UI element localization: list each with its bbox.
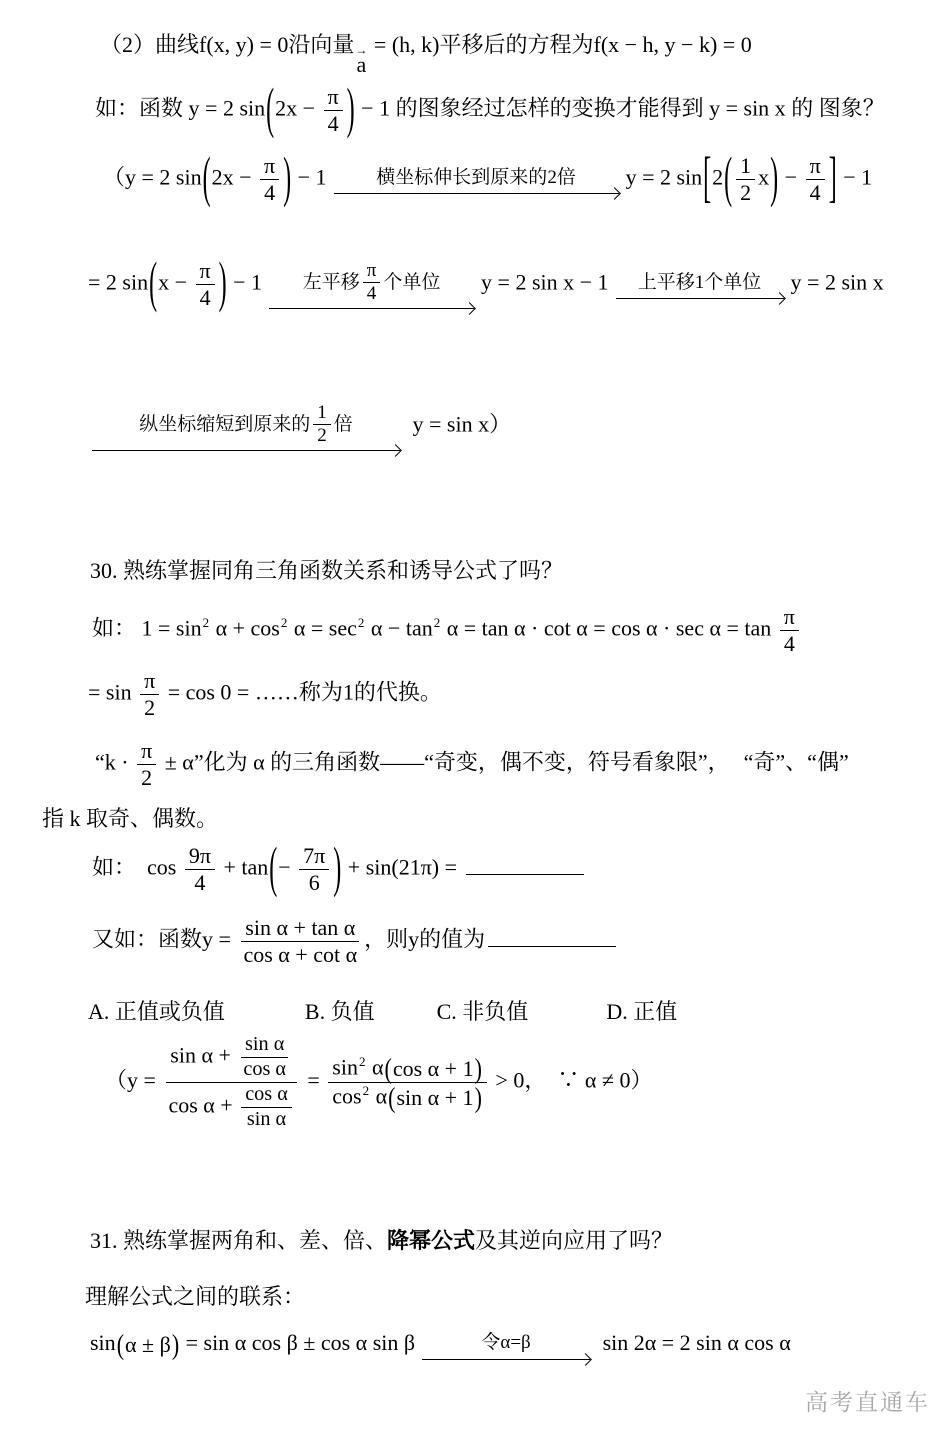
math-text: 2 bbox=[740, 180, 751, 205]
math-text: 7π bbox=[303, 843, 325, 868]
math-text: α − tan bbox=[365, 616, 432, 641]
math-text: 1 bbox=[317, 402, 327, 423]
math-text: 4 bbox=[810, 180, 821, 205]
cn-text: 的三角函数——“奇变，偶不变，符号看象限”， bbox=[270, 750, 730, 775]
close-delimiter: ] bbox=[828, 151, 838, 207]
math-text: − bbox=[278, 855, 296, 880]
formula-identity-chain: 如： 1 = sin2 α + cos2 α = sec2 α − tan2 α… bbox=[92, 604, 802, 657]
close-delimiter: ) bbox=[218, 256, 228, 312]
denominator: 2 bbox=[140, 695, 159, 721]
cn-text: 左平移 bbox=[303, 270, 360, 297]
math-text: − bbox=[779, 165, 802, 190]
math-text: 9π bbox=[189, 843, 211, 868]
cn-text: 个单位 bbox=[383, 270, 440, 297]
label-item-2: （2）曲线 bbox=[100, 32, 199, 57]
open-delimiter: ( bbox=[268, 841, 278, 897]
denominator: cos α bbox=[239, 1058, 290, 1082]
math-text: C. bbox=[437, 999, 463, 1024]
arrow-label: 纵坐标缩短到原来的12倍 bbox=[129, 402, 363, 448]
math-text: cos α + 1 bbox=[393, 1056, 474, 1081]
cn-text: 指 bbox=[42, 806, 64, 831]
numerator: π bbox=[363, 260, 381, 283]
math-text: = sin α cos β ± cos α sin β bbox=[180, 1330, 415, 1355]
math-text: = cos 0 = bbox=[162, 680, 255, 705]
cn-text: “奇”、“偶” bbox=[744, 750, 849, 775]
label-example: 如： bbox=[92, 616, 136, 641]
label-example: 如： bbox=[92, 855, 136, 880]
para-curve-vector-translation: （2）曲线f(x, y) = 0沿向量→a = (h, k)平移后的方程为f(x… bbox=[100, 30, 752, 73]
open-delimiter: ( bbox=[202, 151, 212, 207]
numerator: sin α + tan α bbox=[241, 915, 359, 942]
math-text: sin 2α = 2 sin α cos α bbox=[597, 1330, 791, 1355]
formula-transform-step1: （y = 2 sin(2x − π4) − 1横坐标伸长到原来的2倍y = 2 … bbox=[103, 153, 872, 206]
math-text: π bbox=[784, 604, 795, 629]
numerator: π bbox=[140, 668, 159, 695]
heading-item-30: 30. 熟练掌握同角三角函数关系和诱导公式了吗？ bbox=[90, 556, 563, 587]
math-text: 4 bbox=[194, 870, 205, 895]
fenced-group: (x − π4) bbox=[148, 258, 228, 311]
denominator: 4 bbox=[260, 180, 279, 206]
close-delimiter: ) bbox=[332, 841, 342, 897]
math-text: sin bbox=[90, 1330, 116, 1355]
close-delimiter: ) bbox=[474, 1054, 483, 1083]
denominator: cos α + cot α bbox=[239, 942, 361, 968]
arrow-label: 横坐标伸长到原来的2倍 bbox=[366, 165, 586, 192]
math-text: f(x − h, y − k) = 0 bbox=[594, 32, 752, 57]
math-text: ± α bbox=[159, 750, 194, 775]
numerator: 1 bbox=[736, 153, 755, 180]
numerator: 7π bbox=[299, 843, 329, 870]
fence-inner: x − π4 bbox=[158, 258, 218, 311]
math-text: α + cos bbox=[210, 616, 280, 641]
math-text: π bbox=[141, 738, 152, 763]
math-text: y = sin x bbox=[704, 96, 792, 121]
numerator: π bbox=[137, 738, 156, 765]
fraction: π4 bbox=[363, 260, 381, 306]
numerator: sin α + sin αcos α bbox=[166, 1033, 297, 1083]
cn-text: 倍 bbox=[557, 165, 576, 192]
math-text: 1 bbox=[740, 153, 751, 178]
cn-text: （ bbox=[103, 165, 125, 190]
vector-letter: a bbox=[357, 56, 367, 74]
formula-sin-sum-to-double-angle: sin(α ± β) = sin α cos β ± cos α sin β令α… bbox=[90, 1328, 791, 1360]
open-delimiter: ( bbox=[116, 1331, 125, 1360]
cn-text: 函数 bbox=[158, 927, 202, 952]
math-text: y = 2 sin x bbox=[791, 270, 884, 295]
denominator: 4 bbox=[806, 180, 825, 206]
fraction: sin αcos α bbox=[239, 1033, 290, 1082]
cn-text: 取奇、偶数。 bbox=[86, 806, 218, 831]
math-text: 1 = sin bbox=[136, 616, 202, 641]
label-another-example: 又如： bbox=[92, 927, 158, 952]
math-text: α = sec bbox=[288, 616, 357, 641]
math-text: sin α + 1 bbox=[396, 1085, 473, 1110]
fenced-group: (− 7π6) bbox=[268, 843, 342, 896]
fence-inner: 2x − π4 bbox=[212, 153, 283, 206]
denominator: 6 bbox=[305, 870, 324, 896]
heading-item-31: 31. 熟练掌握两角和、差、倍、降幂公式及其逆向应用了吗？ bbox=[90, 1226, 673, 1257]
denominator: cos2 α(sin α + 1) bbox=[328, 1083, 487, 1111]
cn-text: 的值为 bbox=[419, 927, 485, 952]
fence-inner: 2x − π4 bbox=[275, 84, 346, 137]
superscript: 2 bbox=[359, 1054, 366, 1069]
denominator: cos α + cos αsin α bbox=[164, 1083, 298, 1132]
math-text: 4 bbox=[784, 631, 795, 656]
math-text: y = 2 sin x − 1 bbox=[481, 270, 609, 295]
math-text: B. bbox=[305, 999, 331, 1024]
arrow-label: 上平移1个单位 bbox=[628, 270, 772, 297]
math-text: 2x − bbox=[275, 96, 320, 121]
math-text: − 1 bbox=[838, 165, 872, 190]
formula-identity-continued: = sin π2 = cos 0 = ……称为1的代换。 bbox=[88, 668, 442, 721]
math-text: cos α bbox=[245, 1083, 288, 1105]
arrow-shaft-icon bbox=[269, 308, 474, 309]
fraction: π4 bbox=[196, 258, 215, 311]
denominator: 4 bbox=[190, 870, 209, 896]
math-text: D. bbox=[606, 999, 633, 1024]
math-text: 2 bbox=[141, 765, 152, 790]
cn-text-bold: 降幂公式 bbox=[387, 1228, 475, 1253]
math-text: 6 bbox=[309, 870, 320, 895]
fence-inner: sin α + 1 bbox=[396, 1085, 473, 1111]
math-text: sin α + tan α bbox=[245, 915, 355, 940]
cn-text: 个单位 bbox=[704, 270, 761, 297]
cn-text: 理解公式之间的联系： bbox=[85, 1284, 305, 1309]
math-text: 2 bbox=[712, 165, 723, 190]
labeled-arrow: 令α=β bbox=[422, 1330, 590, 1360]
arrow-shaft-icon bbox=[616, 298, 784, 299]
labeled-arrow: 纵坐标缩短到原来的12倍 bbox=[92, 402, 400, 451]
fenced-group: (12x) bbox=[723, 153, 779, 206]
cn-text: ） bbox=[489, 411, 511, 436]
math-text: 2 bbox=[547, 165, 557, 192]
numerator: π bbox=[196, 258, 215, 285]
fence-inner: − 7π6 bbox=[278, 843, 332, 896]
cn-text: 熟练掌握同角三角函数关系和诱导公式了吗？ bbox=[123, 558, 563, 583]
numerator: sin2 α(cos α + 1) bbox=[328, 1054, 487, 1083]
vector: →a bbox=[355, 46, 367, 73]
math-text: + sin(21π) = bbox=[342, 855, 462, 880]
cn-text: 及其逆向应用了吗？ bbox=[475, 1228, 673, 1253]
math-text: π bbox=[144, 668, 155, 693]
numerator: 9π bbox=[185, 843, 215, 870]
option-d-label: 正值 bbox=[633, 999, 677, 1024]
numerator: sin α bbox=[241, 1033, 288, 1058]
denominator: 4 bbox=[780, 631, 799, 657]
denominator: 4 bbox=[363, 283, 381, 305]
math-text: 4 bbox=[264, 180, 275, 205]
math-text: α=β bbox=[500, 1330, 530, 1357]
fence-inner: cos α + 1 bbox=[393, 1056, 474, 1082]
math-text: α bbox=[248, 750, 271, 775]
math-text: cos bbox=[332, 1083, 361, 1108]
math-text: − 1 bbox=[228, 270, 262, 295]
para-understand-relations: 理解公式之间的联系： bbox=[85, 1282, 305, 1313]
math-text: y bbox=[408, 927, 419, 952]
math-text: π bbox=[328, 84, 339, 109]
cn-text: 横坐标伸长到原来的 bbox=[376, 165, 547, 192]
fraction: π4 bbox=[780, 604, 799, 657]
arrow-shaft-icon bbox=[422, 1359, 590, 1360]
document-page: （2）曲线f(x, y) = 0沿向量→a = (h, k)平移后的方程为f(x… bbox=[0, 0, 948, 1441]
math-text: = (h, k) bbox=[368, 32, 439, 57]
math-text: = sin bbox=[88, 680, 137, 705]
math-text: = 2 sin bbox=[88, 270, 148, 295]
math-text: > 0 bbox=[490, 1067, 524, 1092]
formula-function-y-example: 又如：函数y = sin α + tan αcos α + cot α，则y的值… bbox=[92, 915, 619, 968]
cn-text: 纵坐标缩短到原来的 bbox=[139, 412, 310, 439]
math-text: 4 bbox=[200, 285, 211, 310]
cn-text: ……称为1的代换。 bbox=[255, 680, 442, 705]
math-text: α = tan α · cot α = cos α · sec α = tan bbox=[441, 616, 777, 641]
math-text: α ± β bbox=[125, 1332, 171, 1357]
cn-text: 的 图象？ bbox=[791, 96, 885, 121]
math-text: cos α bbox=[243, 1058, 286, 1080]
answer-blank bbox=[466, 859, 584, 875]
para-induction-rule: “k · π2 ± α”化为 α 的三角函数——“奇变，偶不变，符号看象限”，“… bbox=[95, 738, 849, 791]
math-text: sin bbox=[332, 1054, 358, 1079]
numerator: cos α bbox=[241, 1083, 292, 1108]
cn-text: 上平移 bbox=[638, 270, 695, 297]
denominator: 2 bbox=[313, 425, 331, 447]
math-text: x − bbox=[158, 270, 192, 295]
math-text: y = sin x bbox=[407, 411, 489, 436]
denominator: 4 bbox=[324, 111, 343, 137]
denominator: 2 bbox=[736, 180, 755, 206]
math-text: k · bbox=[105, 750, 134, 775]
open-delimiter: [ bbox=[702, 151, 712, 207]
fraction: 9π4 bbox=[185, 843, 215, 896]
multiple-choice-options: A. 正值或负值B. 负值C. 非负值D. 正值 bbox=[88, 997, 677, 1028]
arrow-shaft-icon bbox=[92, 450, 400, 451]
math-text: + tan bbox=[218, 855, 268, 880]
fraction: 12 bbox=[313, 402, 331, 448]
open-delimiter: ( bbox=[148, 256, 158, 312]
superscript: 2 bbox=[358, 615, 365, 630]
para-transform-question: 如：函数 y = 2 sin(2x − π4) − 1 的图象经过怎样的变换才能… bbox=[95, 84, 885, 137]
fence-inner: 2(12x) − π4 bbox=[712, 153, 828, 206]
math-text: A. bbox=[88, 999, 115, 1024]
cn-text: ） bbox=[630, 1067, 652, 1092]
fraction: 12 bbox=[736, 153, 755, 206]
formula-transform-step3: 纵坐标缩短到原来的12倍 y = sin x） bbox=[85, 402, 511, 451]
cn-text: ， bbox=[524, 1067, 546, 1092]
fraction: sin α + tan αcos α + cot α bbox=[239, 915, 361, 968]
fenced-group: (α ± β) bbox=[116, 1330, 180, 1361]
math-text: sin α bbox=[247, 1108, 286, 1130]
math-text: cos α + cot α bbox=[243, 942, 357, 967]
arrow-label: 令α=β bbox=[471, 1330, 540, 1357]
cn-text: 熟练掌握两角和、差、倍、 bbox=[123, 1228, 387, 1253]
fenced-group: (cos α + 1) bbox=[383, 1056, 482, 1082]
formula-evaluate-example: 如： cos 9π4 + tan(− 7π6) + sin(21π) = bbox=[92, 843, 587, 896]
math-text: α bbox=[366, 1054, 383, 1079]
fenced-group: (2x − π4) bbox=[265, 84, 356, 137]
numerator: π bbox=[806, 153, 825, 180]
math-text: x bbox=[758, 165, 769, 190]
option-b-label: 负值 bbox=[331, 999, 375, 1024]
cn-text: 函数 bbox=[139, 96, 183, 121]
fraction: π4 bbox=[324, 84, 343, 137]
cn-text: 倍 bbox=[334, 412, 353, 439]
fraction: 7π6 bbox=[299, 843, 329, 896]
math-text: f(x, y) = 0 bbox=[199, 32, 288, 57]
math-text: y = 2 sin bbox=[183, 96, 265, 121]
fraction: π4 bbox=[260, 153, 279, 206]
cn-text: 平移后的方程为 bbox=[439, 32, 593, 57]
option-c-label: 非负值 bbox=[462, 999, 528, 1024]
math-text: 2 bbox=[144, 695, 155, 720]
denominator: 2 bbox=[137, 765, 156, 791]
fraction: sin α + sin αcos αcos α + cos αsin α bbox=[164, 1033, 298, 1132]
open-delimiter: ( bbox=[387, 1084, 396, 1113]
math-text: 4 bbox=[367, 283, 377, 304]
cn-text: 的图象经过怎样的变换才能得到 bbox=[396, 96, 704, 121]
fraction: π2 bbox=[140, 668, 159, 721]
fence-inner: α ± β bbox=[125, 1330, 171, 1361]
cn-text: ， bbox=[364, 927, 386, 952]
cn-text: 化为 bbox=[204, 750, 248, 775]
fraction: cos αsin α bbox=[241, 1083, 292, 1132]
math-text: 1 bbox=[695, 270, 705, 297]
fence-inner: 12x bbox=[733, 153, 769, 206]
math-text: cos bbox=[136, 855, 182, 880]
fenced-group: (2x − π4) bbox=[202, 153, 293, 206]
denominator: sin α bbox=[243, 1108, 290, 1132]
math-text: 31. bbox=[90, 1228, 123, 1253]
option-a-label: 正值或负值 bbox=[115, 999, 225, 1024]
cn-text: （ bbox=[105, 1067, 127, 1092]
labeled-arrow: 左平移π4个单位 bbox=[269, 260, 474, 309]
close-delimiter: ) bbox=[769, 151, 779, 207]
close-delimiter: ) bbox=[346, 82, 356, 138]
superscript: 2 bbox=[434, 615, 441, 630]
open-delimiter: ( bbox=[383, 1054, 392, 1083]
math-text: ∵ α ≠ 0 bbox=[546, 1067, 630, 1092]
cn-text: ” bbox=[194, 750, 204, 775]
labeled-arrow: 横坐标伸长到原来的2倍 bbox=[334, 165, 619, 195]
open-delimiter: ( bbox=[265, 82, 275, 138]
denominator: 4 bbox=[196, 285, 215, 311]
cn-text: “ bbox=[95, 750, 105, 775]
open-delimiter: ( bbox=[723, 151, 733, 207]
superscript: 2 bbox=[281, 615, 288, 630]
numerator: π bbox=[260, 153, 279, 180]
close-delimiter: ) bbox=[282, 151, 292, 207]
superscript: 2 bbox=[203, 615, 210, 630]
math-text: π bbox=[810, 153, 821, 178]
close-delimiter: ) bbox=[171, 1331, 180, 1360]
math-text: y = bbox=[127, 1067, 161, 1092]
label-example: 如： bbox=[95, 96, 139, 121]
answer-blank bbox=[488, 931, 616, 947]
arrow-shaft-icon bbox=[334, 193, 619, 194]
labeled-arrow: 上平移1个单位 bbox=[616, 270, 784, 300]
numerator: 1 bbox=[313, 402, 331, 425]
fenced-group: [2(12x) − π4] bbox=[702, 153, 838, 206]
math-text: y = 2 sin bbox=[626, 165, 703, 190]
formula-answer-derivation: （y = sin α + sin αcos αcos α + cos αsin … bbox=[105, 1033, 652, 1132]
superscript: 2 bbox=[363, 1083, 370, 1098]
math-text: sin α bbox=[245, 1033, 284, 1055]
math-text: cos α + bbox=[168, 1092, 238, 1117]
math-text: y = bbox=[202, 927, 236, 952]
formula-transform-step2: = 2 sin(x − π4) − 1左平移π4个单位y = 2 sin x −… bbox=[88, 258, 884, 311]
math-text: sin α + bbox=[170, 1042, 236, 1067]
math-text: π bbox=[367, 260, 377, 281]
math-text: k bbox=[64, 806, 86, 831]
cn-text: 沿向量 bbox=[288, 32, 354, 57]
math-text: 2x − bbox=[212, 165, 257, 190]
close-delimiter: ) bbox=[474, 1084, 483, 1113]
math-text: π bbox=[264, 153, 275, 178]
math-text: π bbox=[200, 258, 211, 283]
math-text: 2 bbox=[317, 425, 327, 446]
fraction: π4 bbox=[806, 153, 825, 206]
math-text: y = 2 sin bbox=[125, 165, 202, 190]
numerator: π bbox=[324, 84, 343, 111]
para-induction-rule-continued: 指 k 取奇、偶数。 bbox=[42, 804, 218, 835]
math-text: 4 bbox=[328, 111, 339, 136]
cn-text: 则 bbox=[386, 927, 408, 952]
math-text: − 1 bbox=[356, 96, 396, 121]
math-text: 30. bbox=[90, 558, 123, 583]
watermark: 高考直通车 bbox=[805, 1384, 930, 1417]
math-text: = bbox=[302, 1067, 325, 1092]
math-text: α bbox=[370, 1083, 387, 1108]
fraction: sin2 α(cos α + 1)cos2 α(sin α + 1) bbox=[328, 1054, 487, 1112]
numerator: π bbox=[780, 604, 799, 631]
arrow-label: 左平移π4个单位 bbox=[293, 260, 451, 306]
math-text: − 1 bbox=[292, 165, 326, 190]
fenced-group: (sin α + 1) bbox=[387, 1085, 483, 1111]
cn-text: 令 bbox=[481, 1330, 500, 1357]
fraction: π2 bbox=[137, 738, 156, 791]
